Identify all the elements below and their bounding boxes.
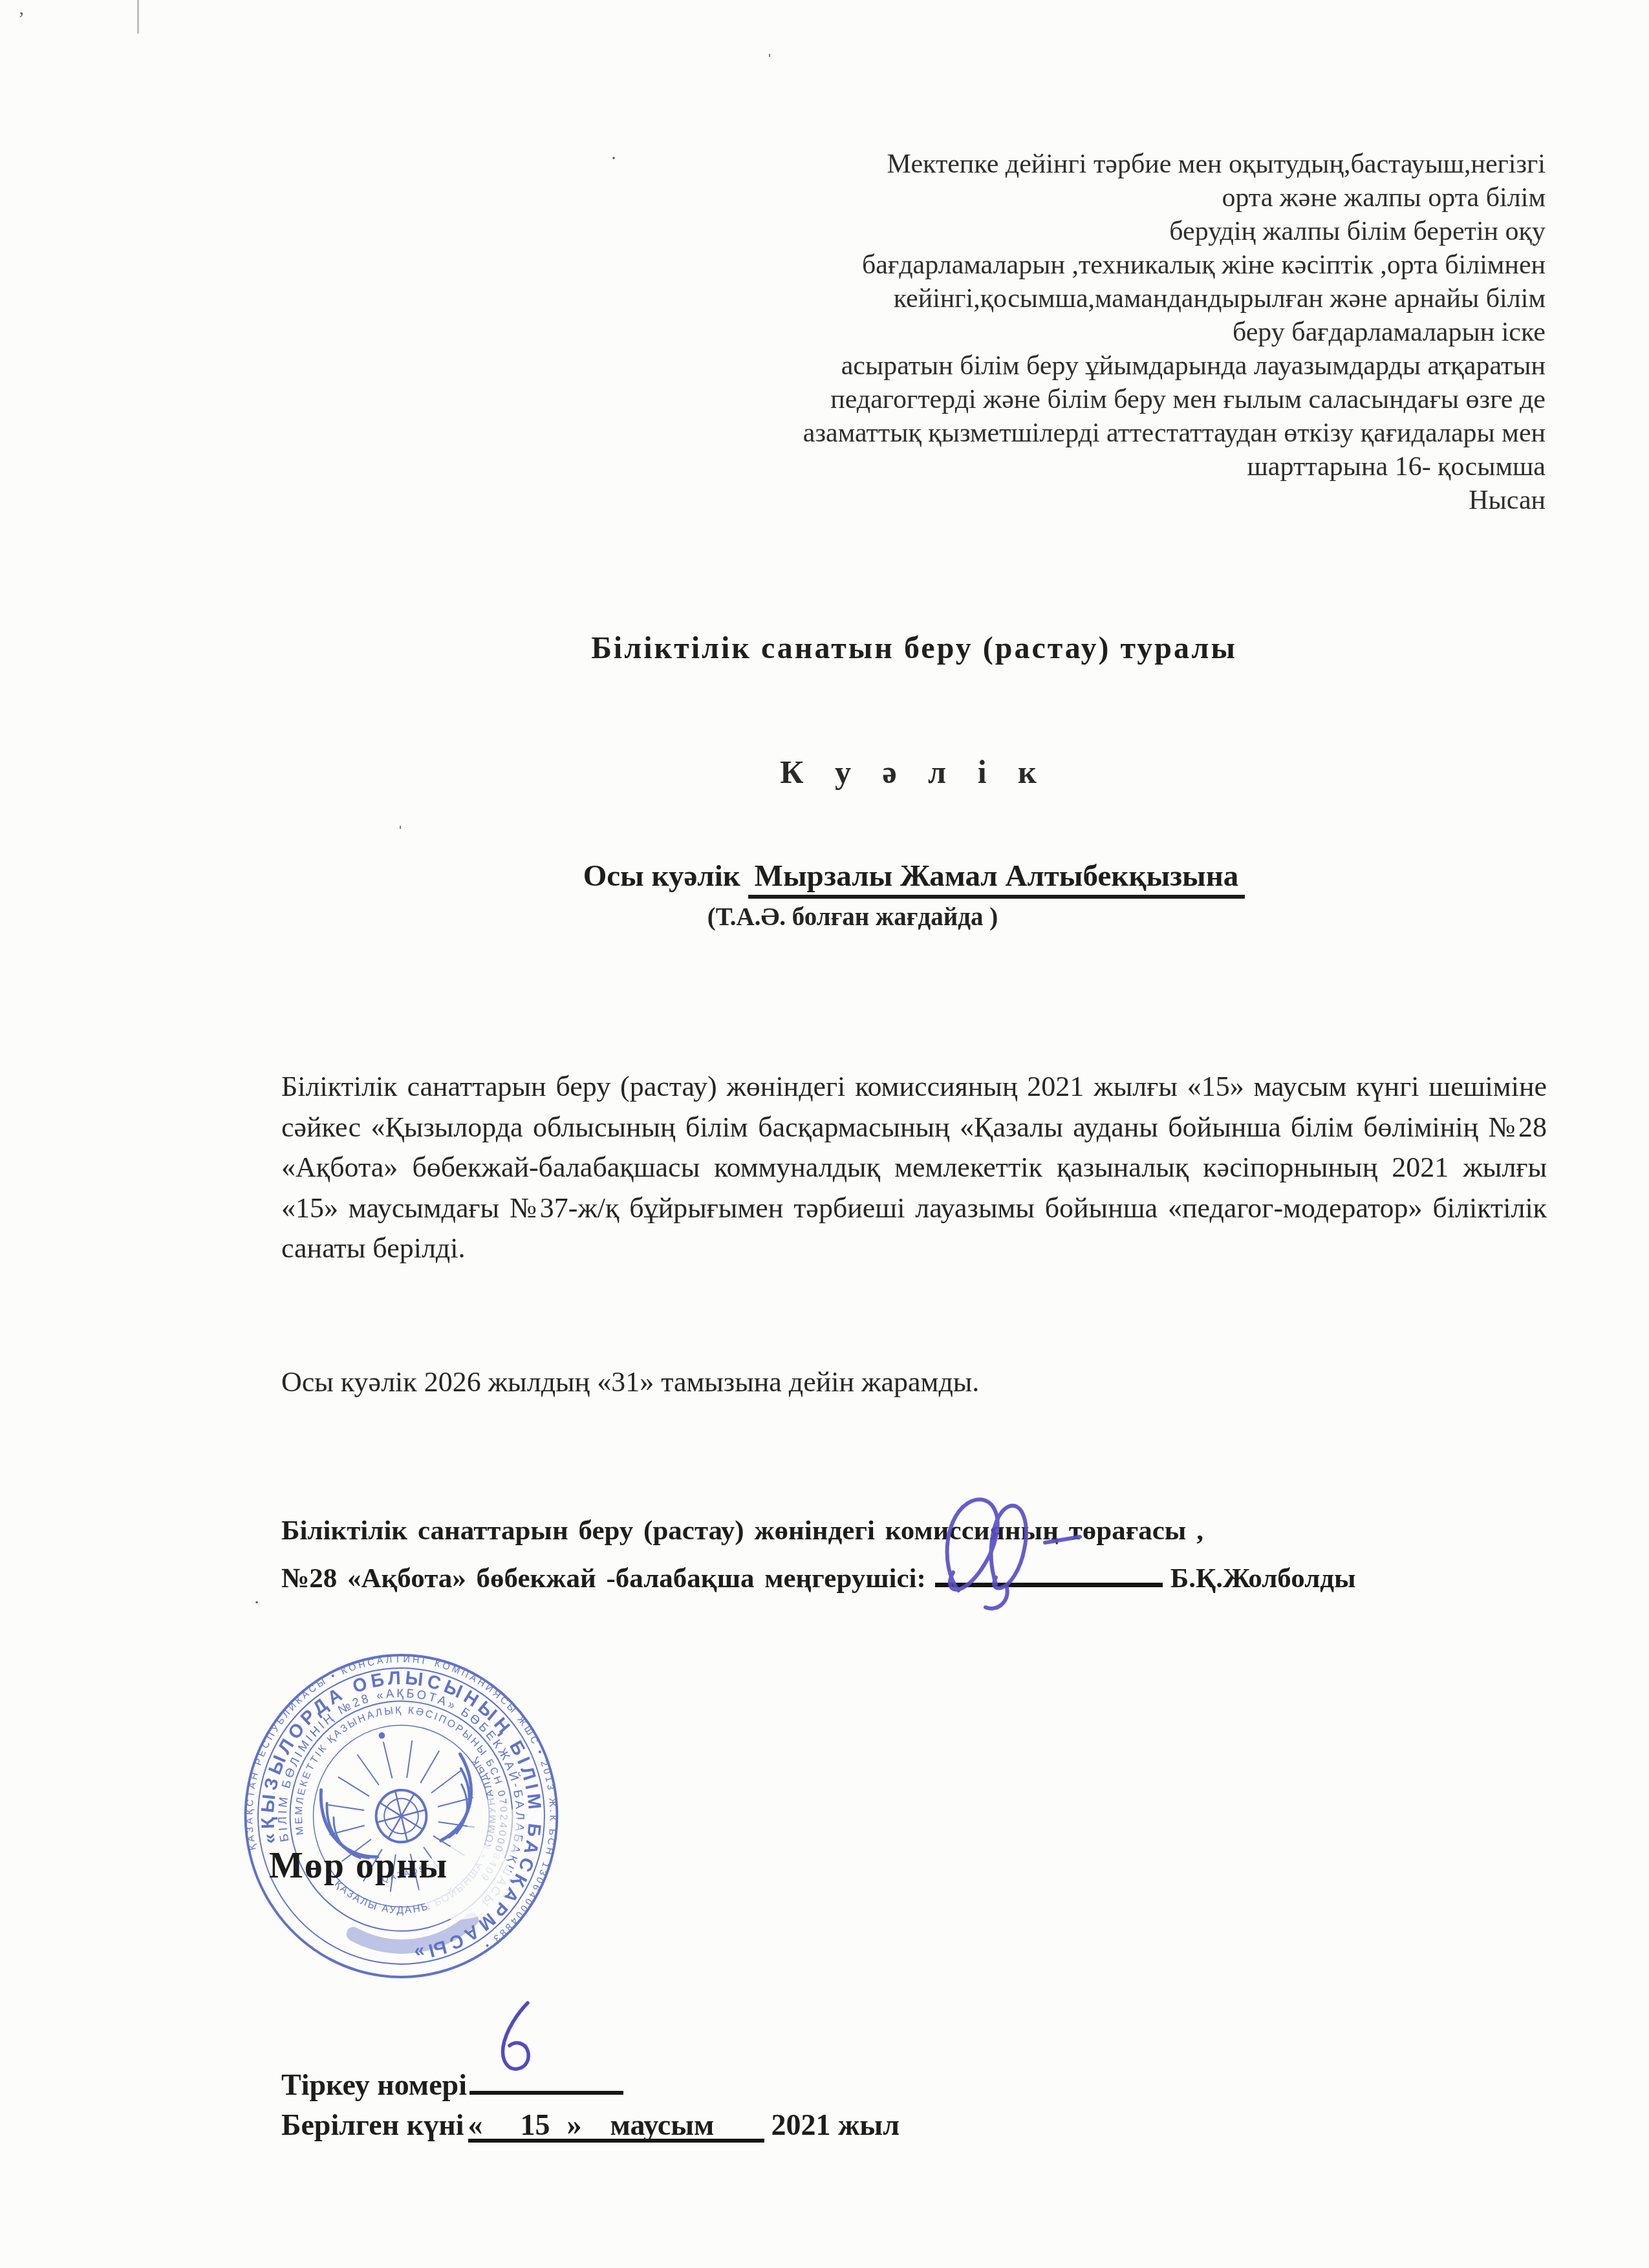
scanned-certificate-page: Мектепке дейінгі тәрбие мен оқытудың,бас…	[0, 0, 1649, 2268]
handwritten-registration-number	[494, 1999, 539, 2077]
scan-speck: ˈ	[397, 822, 404, 844]
issue-year: 2021 жыл	[771, 2108, 900, 2141]
header-line: азаматтық қызметшілерді аттестаттаудан ө…	[692, 416, 1546, 450]
quote-close: »	[567, 2108, 582, 2141]
header-line: шарттарына 16- қосымша	[692, 450, 1546, 484]
quote-open: «	[468, 2108, 483, 2141]
header-line: беру бағдарламаларын іске	[692, 316, 1546, 349]
handwritten-signature	[934, 1487, 1103, 1616]
signer-title: №28 «Ақбота» бөбекжай -балабақша меңгеру…	[281, 1563, 926, 1594]
issue-date-label: Берілген күні	[281, 2108, 464, 2141]
header-line: Мектепке дейінгі тәрбие мен оқытудың,бас…	[692, 147, 1546, 181]
scan-speck: ·	[253, 1592, 260, 1614]
issued-to-prefix: Осы куәлік	[583, 859, 748, 893]
signature-line	[935, 1553, 1163, 1587]
scan-speck: ˈ	[766, 50, 773, 72]
header-line: педагогтерді және білім беру мен ғылым с…	[692, 383, 1546, 416]
issued-to-line: Осы куәлік Мырзалы Жамал Алтыбекқызына	[281, 859, 1547, 893]
registration-label: Тіркеу номері	[281, 2068, 467, 2101]
header-line: бағдарламаларын ,техникалық жіне кәсіпті…	[692, 248, 1546, 282]
registration-line: Тіркеу номері	[281, 2060, 623, 2102]
emblem-star	[378, 1731, 386, 1739]
header-annex-block: Мектепке дейінгі тәрбие мен оқытудың,бас…	[692, 147, 1546, 517]
scan-speck: ’	[18, 8, 25, 30]
header-line: берудің жалпы білім беретін оқу	[692, 215, 1546, 248]
registration-number-blank	[469, 2060, 623, 2095]
header-line-form: Нысан	[692, 484, 1546, 517]
official-round-stamp: ҚАЗАҚСТАН РЕСПУБЛИКАСЫ • КОНСАЛТИНГ КОМП…	[238, 1647, 565, 1985]
commission-block: Біліктілік санаттарын беру (растау) жөні…	[281, 1510, 1613, 1599]
emblem-shanyrak	[371, 1784, 431, 1847]
recipient-name: Мырзалы Жамал Алтыбекқызына	[748, 859, 1245, 899]
header-line: кейінгі,қосымша,мамандандырылған және ар…	[692, 282, 1546, 316]
commission-signer-line: №28 «Ақбота» бөбекжай -балабақша меңгеру…	[281, 1553, 1613, 1599]
seal-place-label: Мөр орны	[269, 1845, 448, 1887]
issue-date-line: Берілген күні«15»маусым2021 жыл	[281, 2108, 900, 2143]
validity-line: Осы куәлік 2026 жылдың «31» тамызына дей…	[281, 1365, 1547, 1398]
decision-paragraph: Біліктілік санаттарын беру (растау) жөні…	[281, 1067, 1547, 1269]
document-title: Біліктілік санатын беру (растау) туралы	[281, 630, 1547, 666]
issue-day: 15	[521, 2108, 550, 2141]
issue-month: маусым	[610, 2108, 715, 2141]
header-line: орта және жалпы орта білім	[692, 181, 1546, 215]
header-line: асыратын білім беру ұйымдарында лауазымд…	[692, 349, 1546, 383]
full-name-note: (Т.А.Ә. болған жағдайда )	[220, 903, 1485, 932]
issue-date-blank: «15»маусым	[468, 2108, 765, 2143]
scan-speck	[137, 0, 139, 34]
certificate-word: К у ә л і к	[281, 753, 1547, 791]
signer-name: Б.Қ.Жолболды	[1170, 1563, 1356, 1594]
scan-speck: ·	[610, 147, 617, 169]
